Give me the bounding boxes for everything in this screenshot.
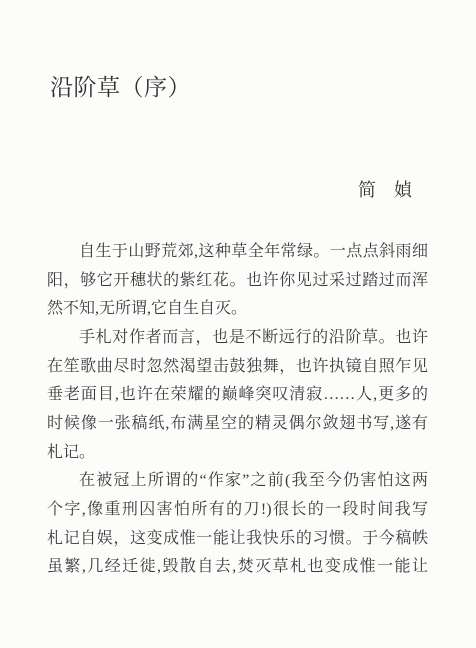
text-line: 自生于山野荒郊,这种草全年常绿。一点点斜雨细 — [47, 238, 428, 267]
text-line: 阳，够它开穗状的紫红花。也许你见过采过踏过而浑 — [47, 267, 428, 296]
paragraph: 自生于山野荒郊,这种草全年常绿。一点点斜雨细阳，够它开穗状的紫红花。也许你见过采… — [47, 238, 428, 324]
book-page: 沿阶草（序） 简 媜 自生于山野荒郊,这种草全年常绿。一点点斜雨细阳，够它开穗状… — [0, 0, 476, 648]
text-line: 札记。 — [47, 439, 428, 468]
author-name: 简 媜 — [358, 181, 412, 199]
text-line: 在笙歌曲尽时忽然渴望击鼓独舞，也许执镜自照乍见 — [47, 353, 428, 382]
text-line: 个字,像重刑囚害怕所有的刀!)很长的一段时间我写 — [47, 496, 428, 525]
text-line: 时候像一张稿纸,布满星空的精灵偶尔敛翅书写,遂有 — [47, 410, 428, 439]
text-line: 虽繁,几经迁徙,毁散自去,焚灭草札也变成惟一能让 — [47, 553, 428, 582]
text-line: 然不知,无所谓,它自生自灭。 — [47, 295, 428, 324]
body-text: 自生于山野荒郊,这种草全年常绿。一点点斜雨细阳，够它开穗状的紫红花。也许你见过采… — [47, 238, 428, 582]
text-line: 在被冠上所谓的“作家”之前(我至今仍害怕这两 — [47, 467, 428, 496]
text-line: 垂老面目,也许在荣耀的巅峰突叹清寂……人,更多的 — [47, 381, 428, 410]
paragraph: 在被冠上所谓的“作家”之前(我至今仍害怕这两个字,像重刑囚害怕所有的刀!)很长的… — [47, 467, 428, 582]
paragraph: 手札对作者而言，也是不断远行的沿阶草。也许在笙歌曲尽时忽然渴望击鼓独舞，也许执镜… — [47, 324, 428, 467]
page-title: 沿阶草（序） — [50, 76, 191, 99]
text-line: 手札对作者而言，也是不断远行的沿阶草。也许 — [47, 324, 428, 353]
text-line: 札记自娱，这变成惟一能让我快乐的习惯。于今稿帙 — [47, 525, 428, 554]
